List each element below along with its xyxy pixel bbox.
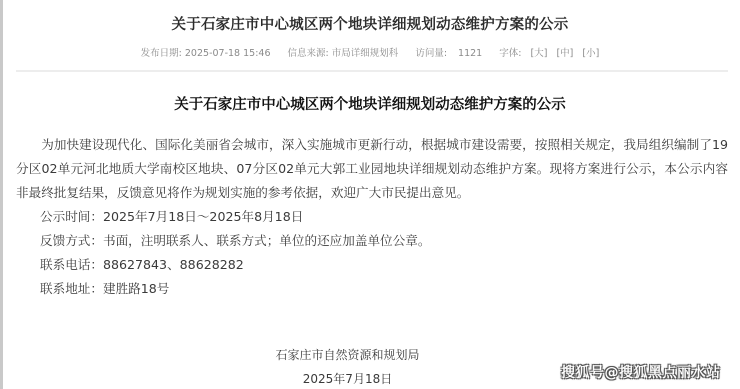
- header-divider: [16, 70, 728, 72]
- notice-period: 公示时间：2025年7月18日～2025年8月18日: [40, 205, 430, 229]
- font-size-large-button[interactable]: [大]: [531, 45, 548, 59]
- feedback-method-label: 反馈方式：: [40, 233, 103, 248]
- signature-date: 2025年7月18日: [250, 367, 445, 389]
- watermark: 搜狐号@搜狐黑点丽水站: [561, 362, 721, 382]
- font-size-medium-button[interactable]: [中]: [556, 45, 573, 59]
- contact-address: 联系地址：建胜路18号: [40, 277, 430, 301]
- font-size-small-button[interactable]: [小]: [582, 45, 599, 59]
- notice-period-value: 2025年7月18日～2025年8月18日: [103, 209, 303, 224]
- signature-block: 石家庄市自然资源和规划局 2025年7月18日: [250, 343, 445, 389]
- contact-phone-label: 联系电话：: [40, 257, 103, 272]
- contact-phone: 联系电话：88627843、88628282: [40, 253, 430, 277]
- source-value: 市局详细规划科: [332, 45, 399, 59]
- article-title: 关于石家庄市中心城区两个地块详细规划动态维护方案的公示: [0, 93, 740, 114]
- notice-info-list: 公示时间：2025年7月18日～2025年8月18日 反馈方式：书面，注明联系人…: [40, 205, 430, 301]
- contact-address-label: 联系地址：: [40, 281, 103, 296]
- publish-date: 2025-07-18 15:46: [185, 48, 271, 59]
- feedback-method: 反馈方式：书面，注明联系人、联系方式；单位的还应加盖单位公章。: [40, 229, 430, 253]
- feedback-method-value: 书面，注明联系人、联系方式；单位的还应加盖单位公章。: [103, 233, 430, 248]
- font-size-label: 字体:: [499, 45, 521, 59]
- contact-address-value: 建胜路18号: [103, 281, 169, 296]
- page-title: 关于石家庄市中心城区两个地块详细规划动态维护方案的公示: [0, 13, 740, 34]
- publish-date-label: 发布日期:: [141, 45, 182, 59]
- article-body: 为加快建设现代化、国际化美丽省会城市，深入实施城市更新行动，根据城市建设需要，按…: [16, 133, 728, 205]
- article-meta: 发布日期: 2025-07-18 15:46 信息来源: 市局详细规划科 访问量…: [0, 45, 740, 59]
- views-count: 1121: [458, 48, 482, 59]
- contact-phone-value: 88627843、88628282: [103, 257, 244, 272]
- notice-period-label: 公示时间：: [40, 209, 103, 224]
- signature-organization: 石家庄市自然资源和规划局: [250, 343, 445, 367]
- source-label: 信息来源:: [288, 45, 329, 59]
- views-label: 访问量:: [415, 45, 447, 59]
